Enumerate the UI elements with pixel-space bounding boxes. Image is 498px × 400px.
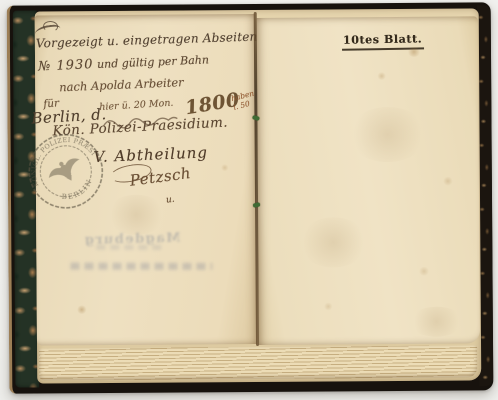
stain — [347, 107, 427, 163]
entry-line-3: nach Apolda Arbeiter — [59, 75, 184, 94]
stain — [409, 307, 464, 337]
show-through-line — [70, 263, 212, 270]
left-page: Vorgezeigt u. eingetragen Abseiten Ein №… — [35, 14, 257, 346]
foxing-spot — [407, 47, 421, 57]
foxing-spot — [443, 177, 453, 186]
foxing-spot — [324, 302, 333, 310]
eagle-emblem — [45, 153, 87, 190]
stain — [106, 195, 166, 235]
division-line: V. Abtheilung — [93, 143, 208, 166]
stain — [298, 217, 368, 267]
foxing-spot — [221, 164, 229, 171]
open-book: Vorgezeigt u. eingetragen Abseiten Ein №… — [7, 2, 494, 393]
entry-line-1: Vorgezeigt u. eingetragen Abseiten Ein — [36, 29, 283, 51]
entry-line-2-rest: und gültig per Bahn — [93, 53, 209, 71]
photo-background: { "document": { "type_label": "open hand… — [0, 0, 498, 400]
entry-number: № 1930 — [38, 57, 94, 74]
stamp-ring-bottom-text: BERLIN — [58, 175, 98, 207]
foxing-spot — [418, 267, 429, 276]
right-page: 10tes Blatt. — [257, 16, 480, 345]
page-stack-edges — [39, 345, 477, 380]
foxing-spot — [377, 72, 386, 80]
foxing-spot — [77, 305, 87, 314]
signature-suffix: u. — [165, 195, 175, 206]
svg-text:BERLIN: BERLIN — [58, 175, 98, 207]
entry-line-2: № 1930 und gültig per Bahn — [38, 52, 209, 74]
entry-line-4b: hier ü. 20 Mon. — [99, 98, 174, 113]
show-through-line — [96, 245, 166, 250]
